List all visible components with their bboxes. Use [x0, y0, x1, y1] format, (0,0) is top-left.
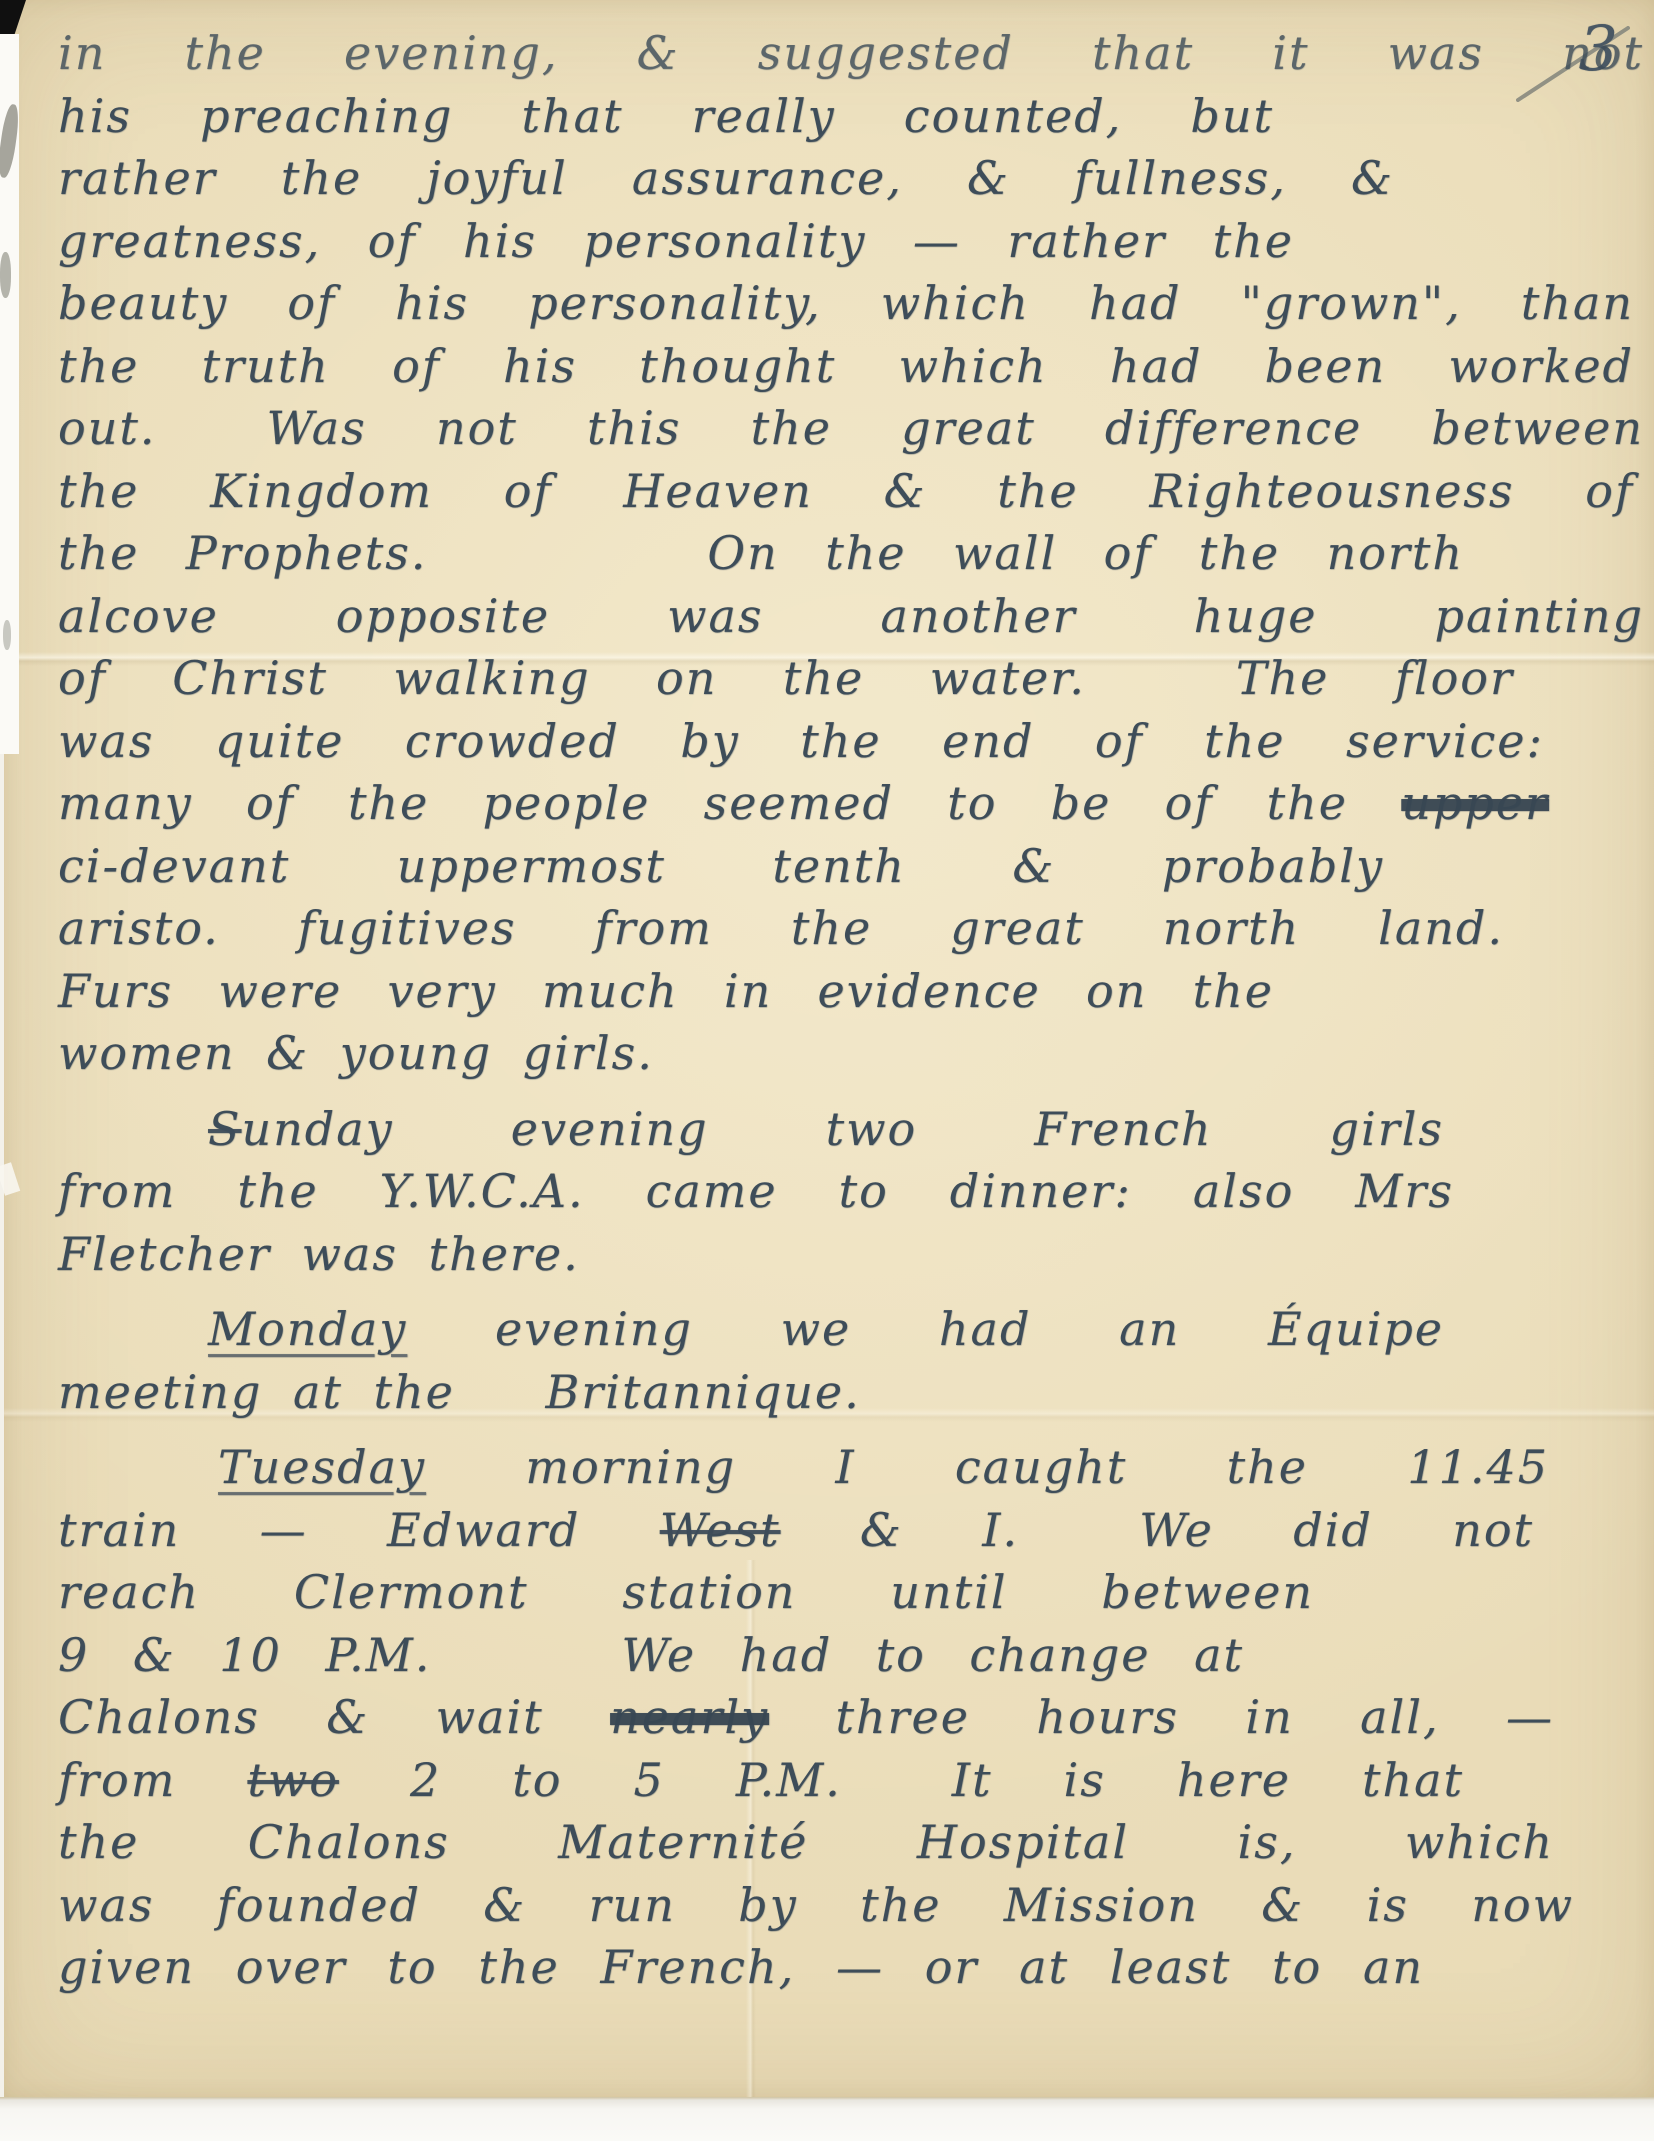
letter-line: alcove opposite was another huge paintin… — [58, 585, 1644, 648]
text-segment: was quite crowded by the end of the serv… — [58, 714, 1544, 768]
text-segment: 9 & 10 P.M. — [58, 1628, 431, 1682]
letter-line: Monday evening we had an Équipe — [58, 1298, 1644, 1361]
text-segment: Britannique. — [545, 1365, 860, 1419]
text-segment: out. — [58, 401, 156, 455]
struck-word: upper — [1401, 776, 1549, 830]
scanned-letter-page: 3 in the evening, & suggested that it wa… — [0, 0, 1654, 2141]
text-segment: It is here that — [952, 1753, 1464, 1807]
struck-word: West — [660, 1503, 781, 1557]
text-segment: given over to the French, — or at least … — [58, 1940, 1424, 1994]
sentence-gap — [1086, 693, 1236, 694]
text-segment: morning I caught the 11.45 — [426, 1440, 1549, 1494]
text-segment: three hours in all, — — [769, 1690, 1554, 1744]
letter-line: was founded & run by the Mission & is no… — [58, 1874, 1644, 1937]
underlined-word: Tuesday — [218, 1440, 426, 1494]
text-segment: On the wall of the north — [707, 526, 1464, 580]
letter-line: greatness, of his personality — rather t… — [58, 210, 1644, 273]
struck-word: two — [247, 1753, 339, 1807]
letter-line: Furs were very much in evidence on the — [58, 960, 1644, 1023]
text-segment: Was not this the great difference betwee… — [266, 401, 1644, 455]
text-segment: the Chalons Maternité Hospital is, which — [58, 1815, 1554, 1869]
sentence-gap — [431, 1670, 621, 1671]
text-segment: the Kingdom of Heaven & the Righteousnes… — [58, 464, 1634, 518]
letter-line: rather the joyful assurance, & fullness,… — [58, 147, 1644, 210]
scan-smudge — [0, 252, 11, 298]
text-segment: alcove opposite was another huge paintin… — [58, 589, 1644, 643]
text-segment: of Christ walking on the water. — [58, 651, 1086, 705]
sentence-gap — [842, 1795, 952, 1796]
letter-line: meeting at the Britannique. — [58, 1361, 1644, 1424]
text-segment: in the evening, & suggested that it was … — [58, 26, 1644, 80]
letter-line: Sunday evening two French girls — [58, 1098, 1644, 1161]
text-segment: unday evening two French girls — [242, 1102, 1444, 1156]
letter-line: in the evening, & suggested that it was … — [58, 22, 1644, 85]
text-segment: The floor — [1236, 651, 1514, 705]
text-segment: was founded & run by the Mission & is no… — [58, 1878, 1574, 1932]
sentence-gap — [427, 568, 707, 569]
text-segment: the Prophets. — [58, 526, 427, 580]
letter-line: of Christ walking on the water.The floor — [58, 647, 1644, 710]
underlined-word: Monday — [208, 1302, 407, 1356]
scanner-backing — [0, 2097, 1654, 2141]
letter-line: train — Edward West & I.We did not — [58, 1499, 1644, 1562]
letter-line: the Chalons Maternité Hospital is, which — [58, 1811, 1644, 1874]
text-segment: from the Y.W.C.A. came to dinner: also M… — [58, 1164, 1454, 1218]
struck-word: nearly — [610, 1690, 769, 1744]
letter-line: beauty of his personality, which had "gr… — [58, 272, 1644, 335]
text-segment: reach Clermont station until between — [58, 1565, 1314, 1619]
letter-line: Fletcher was there. — [58, 1223, 1644, 1286]
letter-line: women & young girls. — [58, 1022, 1644, 1085]
letter-line: Chalons & wait nearly three hours in all… — [58, 1686, 1644, 1749]
letter-paper: 3 in the evening, & suggested that it wa… — [4, 0, 1654, 2097]
struck-word: S — [208, 1102, 242, 1156]
letter-line: given over to the French, — or at least … — [58, 1936, 1644, 1999]
text-segment: his preaching that really counted, but — [58, 89, 1274, 143]
letter-line: aristo. fugitives from the great north l… — [58, 897, 1644, 960]
letter-line: his preaching that really counted, but — [58, 85, 1644, 148]
letter-line: Tuesday morning I caught the 11.45 — [58, 1436, 1644, 1499]
sentence-gap — [156, 443, 266, 444]
letter-line: the Kingdom of Heaven & the Righteousnes… — [58, 460, 1644, 523]
text-segment: aristo. fugitives from the great north l… — [58, 901, 1504, 955]
text-segment: women & young girls. — [58, 1026, 654, 1080]
letter-line: 9 & 10 P.M.We had to change at — [58, 1624, 1644, 1687]
letter-line: out.Was not this the great difference be… — [58, 397, 1644, 460]
text-segment: evening we had an Équipe — [407, 1302, 1444, 1356]
text-segment: Furs were very much in evidence on the — [58, 964, 1274, 1018]
text-segment: train — Edward — [58, 1503, 660, 1557]
text-segment: We did not — [1139, 1503, 1534, 1557]
text-segment: We had to change at — [621, 1628, 1244, 1682]
letter-body: in the evening, & suggested that it was … — [58, 22, 1644, 1999]
letter-line: reach Clermont station until between — [58, 1561, 1644, 1624]
text-segment: rather the joyful assurance, & fullness,… — [58, 151, 1394, 205]
letter-line: ci-devant uppermost tenth & probably — [58, 835, 1644, 898]
letter-line: the Prophets.On the wall of the north — [58, 522, 1644, 585]
text-segment: ci-devant uppermost tenth & probably — [58, 839, 1384, 893]
text-segment: the truth of his thought which had been … — [58, 339, 1634, 393]
sentence-gap — [485, 1407, 545, 1408]
text-segment: Chalons & wait — [58, 1690, 610, 1744]
text-segment: from — [58, 1753, 247, 1807]
text-segment: many of the people seemed to be of the — [58, 776, 1401, 830]
letter-line: the truth of his thought which had been … — [58, 335, 1644, 398]
text-segment: greatness, of his personality — rather t… — [58, 214, 1294, 268]
text-segment: meeting at the — [58, 1365, 485, 1419]
scan-smudge — [3, 620, 11, 650]
letter-line: from two 2 to 5 P.M.It is here that — [58, 1749, 1644, 1812]
text-segment: & I. — [781, 1503, 1020, 1557]
letter-line: from the Y.W.C.A. came to dinner: also M… — [58, 1160, 1644, 1223]
text-segment: 2 to 5 P.M. — [339, 1753, 842, 1807]
sentence-gap — [1019, 1545, 1139, 1546]
letter-line: was quite crowded by the end of the serv… — [58, 710, 1644, 773]
text-segment: beauty of his personality, which had "gr… — [58, 276, 1634, 330]
text-segment: Fletcher was there. — [58, 1227, 580, 1281]
letter-line: many of the people seemed to be of the u… — [58, 772, 1644, 835]
